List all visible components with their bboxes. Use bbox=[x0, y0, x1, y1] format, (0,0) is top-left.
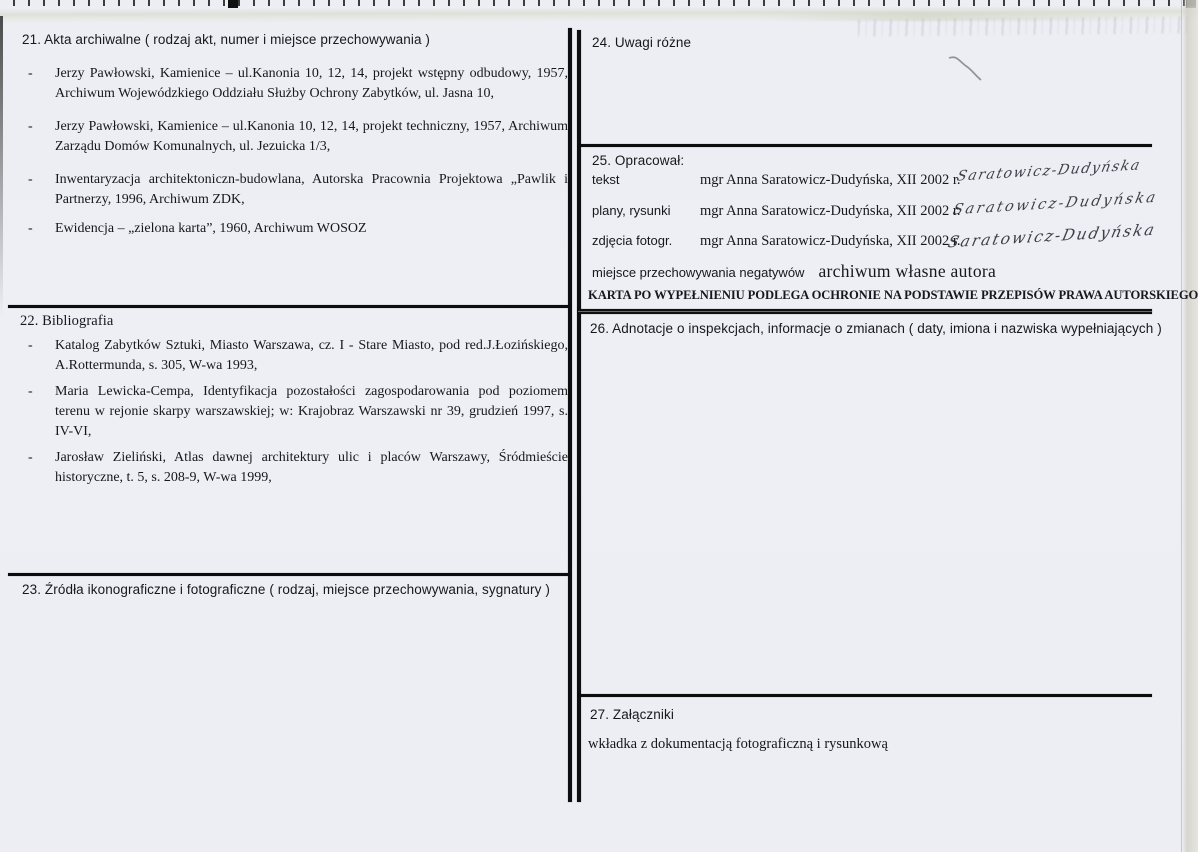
archival-item: - Inwentaryzacja architektoniczn-budowla… bbox=[28, 170, 568, 210]
list-dash: - bbox=[28, 64, 55, 104]
signature-handwriting: Saratowicz-Dudyńska bbox=[946, 221, 1158, 252]
archival-item: - Jerzy Pawłowski, Kamienice – ul.Kanoni… bbox=[28, 64, 568, 104]
list-dash: - bbox=[28, 448, 55, 488]
scan-edge-shadow bbox=[0, 16, 3, 316]
archival-item-text: Inwentaryzacja architektoniczn-budowlana… bbox=[55, 170, 568, 210]
archival-item-text: Ewidencja – „zielona karta”, 1960, Archi… bbox=[55, 219, 568, 239]
bibliography-item-text: Katalog Zabytków Sztuki, Miasto Warszawa… bbox=[55, 336, 568, 376]
rule-between-25-26 bbox=[578, 309, 1152, 314]
bibliography-item-text: Jarosław Zieliński, Atlas dawnej archite… bbox=[55, 448, 568, 488]
negatives-label: miejsce przechowywania negatywów bbox=[592, 265, 804, 280]
author-row-label: plany, rysunki bbox=[592, 203, 700, 218]
copyright-notice: KARTA PO WYPEŁNIENIU PODLEGA OCHRONIE NA… bbox=[588, 288, 1160, 303]
section-25-title: 25. Opracował: bbox=[592, 153, 684, 168]
section-27-title: 27. Załączniki bbox=[590, 707, 674, 722]
author-row-plans: plany, rysunki mgr Anna Saratowicz-Dudyń… bbox=[592, 203, 961, 220]
author-row-value: mgr Anna Saratowicz-Dudyńska, XII 2002 r… bbox=[700, 233, 961, 250]
list-dash: - bbox=[28, 382, 55, 442]
rule-between-22-23 bbox=[8, 573, 570, 576]
section-22-items: - Katalog Zabytków Sztuki, Miasto Warsza… bbox=[28, 336, 568, 494]
author-row-photos: zdjęcia fotogr. mgr Anna Saratowicz-Dudy… bbox=[592, 233, 961, 250]
scanned-heritage-card-page: 21. Akta archiwalne ( rodzaj akt, numer … bbox=[0, 0, 1198, 852]
section-21-items: - Jerzy Pawłowski, Kamienice – ul.Kanoni… bbox=[28, 64, 568, 252]
negatives-value: archiwum własne autora bbox=[818, 261, 996, 282]
column-divider-left bbox=[568, 28, 572, 802]
archival-item: - Jerzy Pawłowski, Kamienice – ul.Kanoni… bbox=[28, 117, 568, 157]
attachments-note: wkładka z dokumentacją fotograficzną i r… bbox=[588, 736, 888, 753]
pen-stroke-mark bbox=[945, 52, 987, 86]
list-dash: - bbox=[28, 117, 55, 157]
bibliography-item: - Maria Lewicka-Cempa, Identyfikacja poz… bbox=[28, 382, 568, 442]
author-row-label: zdjęcia fotogr. bbox=[592, 233, 700, 248]
rule-between-26-27 bbox=[578, 694, 1152, 697]
list-dash: - bbox=[28, 170, 55, 210]
section-24-title: 24. Uwagi różne bbox=[592, 35, 691, 50]
rule-between-21-22 bbox=[8, 305, 570, 308]
author-row-value: mgr Anna Saratowicz-Dudyńska, XII 2002 r… bbox=[700, 203, 961, 220]
archival-item: - Ewidencja – „zielona karta”, 1960, Arc… bbox=[28, 219, 568, 239]
section-22-title: 22. Bibliografia bbox=[20, 313, 113, 330]
negatives-row: miejsce przechowywania negatywów archiwu… bbox=[592, 261, 996, 282]
bibliography-item: - Katalog Zabytków Sztuki, Miasto Warsza… bbox=[28, 336, 568, 376]
bibliography-item-text: Maria Lewicka-Cempa, Identyfikacja pozos… bbox=[55, 382, 568, 442]
author-row-label: tekst bbox=[592, 172, 700, 187]
film-edge-tick-thick bbox=[228, 0, 238, 8]
pencil-smudge bbox=[858, 16, 1190, 36]
section-23-title: 23. Źródła ikonograficzne i fotograficzn… bbox=[22, 582, 550, 597]
signature-handwriting: Saratowicz-Dudyńska bbox=[951, 190, 1159, 219]
page-edge-shadow bbox=[1181, 0, 1198, 852]
author-row-value: mgr Anna Saratowicz-Dudyńska, XII 2002 r… bbox=[700, 172, 961, 189]
archival-item-text: Jerzy Pawłowski, Kamienice – ul.Kanonia … bbox=[55, 117, 568, 157]
list-dash: - bbox=[28, 219, 55, 239]
archival-item-text: Jerzy Pawłowski, Kamienice – ul.Kanonia … bbox=[55, 64, 568, 104]
section-26-title: 26. Adnotacje o inspekcjach, informacje … bbox=[590, 321, 1162, 336]
signature-handwriting: Saratowicz-Dudyńska bbox=[955, 157, 1142, 184]
list-dash: - bbox=[28, 336, 55, 376]
rule-between-24-25 bbox=[578, 144, 1152, 147]
author-row-text: tekst mgr Anna Saratowicz-Dudyńska, XII … bbox=[592, 172, 961, 189]
section-21-title: 21. Akta archiwalne ( rodzaj akt, numer … bbox=[22, 32, 430, 47]
bibliography-item: - Jarosław Zieliński, Atlas dawnej archi… bbox=[28, 448, 568, 488]
